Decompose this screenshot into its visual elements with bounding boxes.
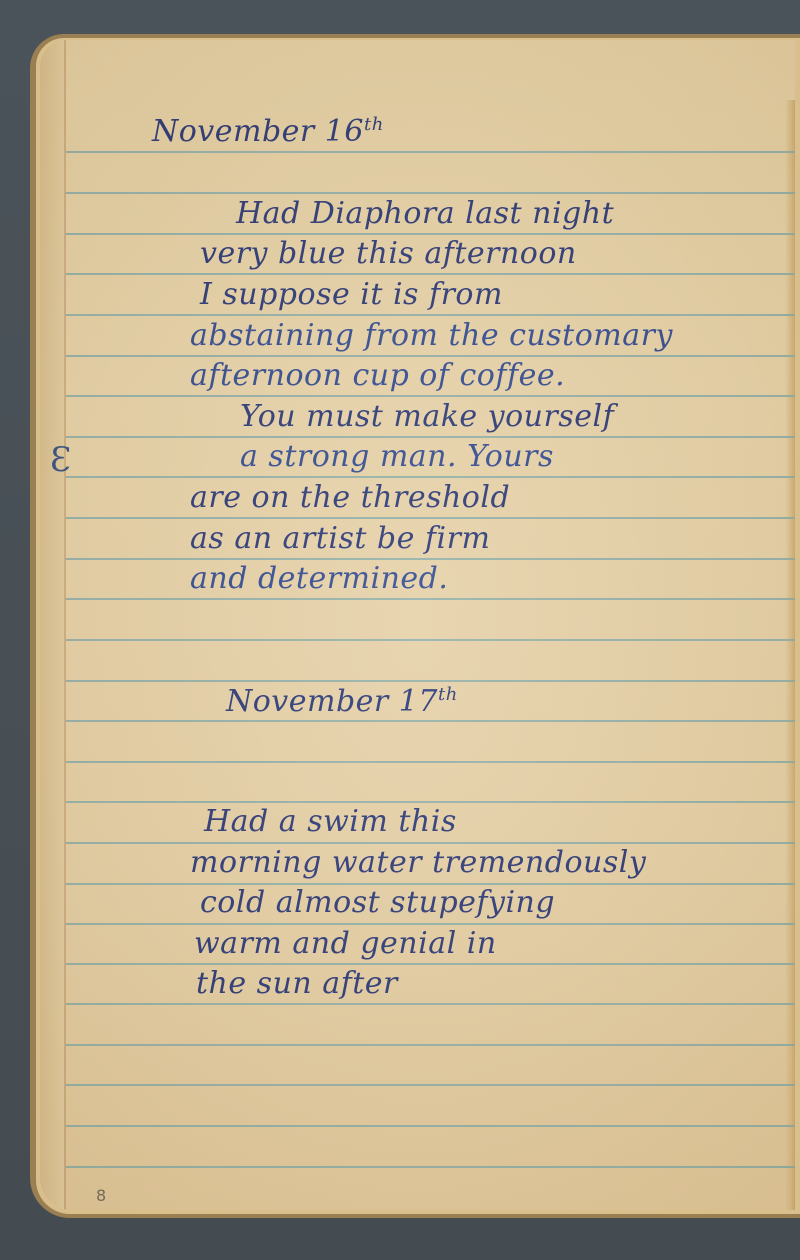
entry-line: I suppose it is from <box>200 277 503 312</box>
entry-line: You must make yourself <box>240 399 614 434</box>
notebook-page: Ɛ November 16th Had Diaphora last night … <box>40 40 795 1210</box>
ruled-line <box>66 801 795 803</box>
ruled-line <box>66 639 795 641</box>
ruled-line <box>66 355 795 357</box>
ruled-line <box>66 1044 795 1046</box>
ruled-line <box>66 1084 795 1086</box>
page-gutter <box>40 40 64 1210</box>
ruled-line <box>66 761 795 763</box>
ruled-line <box>66 558 795 560</box>
entry-line: Had Diaphora last night <box>236 196 614 231</box>
ruled-line <box>66 680 795 682</box>
margin-ink-mark: Ɛ <box>50 440 71 480</box>
entry-line: abstaining from the customary <box>190 318 673 353</box>
entry-date: November 16 <box>152 114 364 149</box>
entry-line: afternoon cup of coffee. <box>190 358 565 393</box>
entry-line: are on the threshold <box>190 480 510 515</box>
ruled-line <box>66 192 795 194</box>
entry-date-heading: November 16th <box>152 114 384 149</box>
ruled-line <box>66 1125 795 1127</box>
ruled-line <box>66 1003 795 1005</box>
entry-line: as an artist be firm <box>190 521 490 556</box>
entry-line: very blue this afternoon <box>200 236 577 271</box>
ruled-line <box>66 273 795 275</box>
ruled-line <box>66 842 795 844</box>
entry-line: cold almost stupefying <box>200 885 555 920</box>
ruled-line <box>66 476 795 478</box>
ruled-line <box>66 923 795 925</box>
entry-line: morning water tremendously <box>190 845 646 880</box>
ruled-line <box>66 395 795 397</box>
ruled-line <box>66 517 795 519</box>
entry-date-heading: November 17th <box>226 684 458 719</box>
ruled-line <box>66 1166 795 1168</box>
gutter-fold-line <box>64 40 66 1210</box>
ruled-line <box>66 314 795 316</box>
ruled-line <box>66 598 795 600</box>
page-number: 8 <box>96 1186 106 1205</box>
ruled-line <box>66 720 795 722</box>
entry-line: warm and genial in <box>194 926 497 961</box>
ruled-line <box>66 436 795 438</box>
entry-line: and determined. <box>190 561 448 596</box>
ruled-line <box>66 151 795 153</box>
entry-line: Had a swim this <box>204 804 457 839</box>
entry-date-suffix: th <box>438 684 458 705</box>
ruled-line <box>66 233 795 235</box>
ruled-line <box>66 963 795 965</box>
entry-date: November 17 <box>226 684 438 719</box>
entry-line: a strong man. Yours <box>240 439 554 474</box>
entry-date-suffix: th <box>364 114 384 135</box>
entry-line: the sun after <box>196 966 398 1001</box>
